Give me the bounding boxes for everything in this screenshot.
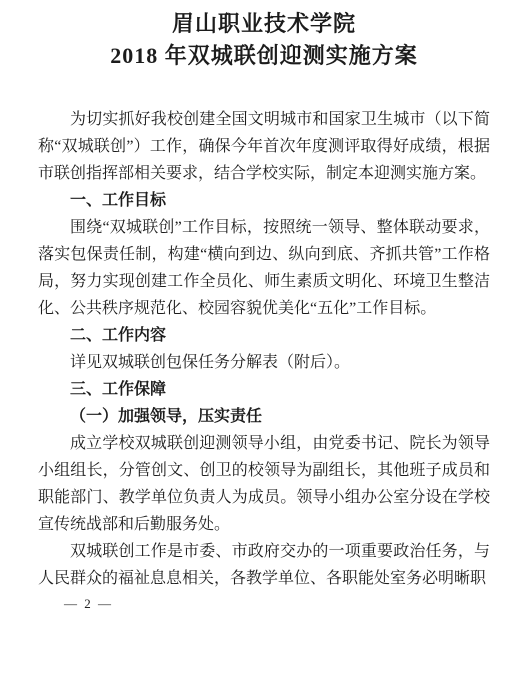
section-1-heading: 一、工作目标 — [38, 187, 490, 214]
section-3-paragraph-1: 成立学校双城联创迎测领导小组，由党委书记、院长为领导小组组长，分管创文、创卫的校… — [38, 430, 490, 538]
document-body: 为切实抓好我校创建全国文明城市和国家卫生城市（以下简称“双城联创”）工作，确保今… — [38, 106, 490, 592]
document-page: 眉山职业技术学院 2018 年双城联创迎测实施方案 为切实抓好我校创建全国文明城… — [0, 0, 528, 674]
intro-paragraph: 为切实抓好我校创建全国文明城市和国家卫生城市（以下简称“双城联创”）工作，确保今… — [38, 106, 490, 187]
document-title-line-1: 眉山职业技术学院 — [38, 8, 490, 40]
section-3-paragraph-2: 双城联创工作是市委、市政府交办的一项重要政治任务，与人民群众的福祉息息相关，各教… — [38, 538, 490, 592]
page-number: — 2 — — [64, 595, 490, 613]
section-2-heading: 二、工作内容 — [38, 322, 490, 349]
section-3-subheading: （一）加强领导，压实责任 — [38, 403, 490, 430]
document-title: 眉山职业技术学院 2018 年双城联创迎测实施方案 — [38, 8, 490, 72]
section-3-heading: 三、工作保障 — [38, 376, 490, 403]
section-2-paragraph: 详见双城联创包保任务分解表（附后）。 — [38, 349, 490, 376]
section-1-paragraph: 围绕“双城联创”工作目标，按照统一领导、整体联动要求，落实包保责任制，构建“横向… — [38, 214, 490, 322]
document-title-line-2: 2018 年双城联创迎测实施方案 — [38, 40, 490, 72]
